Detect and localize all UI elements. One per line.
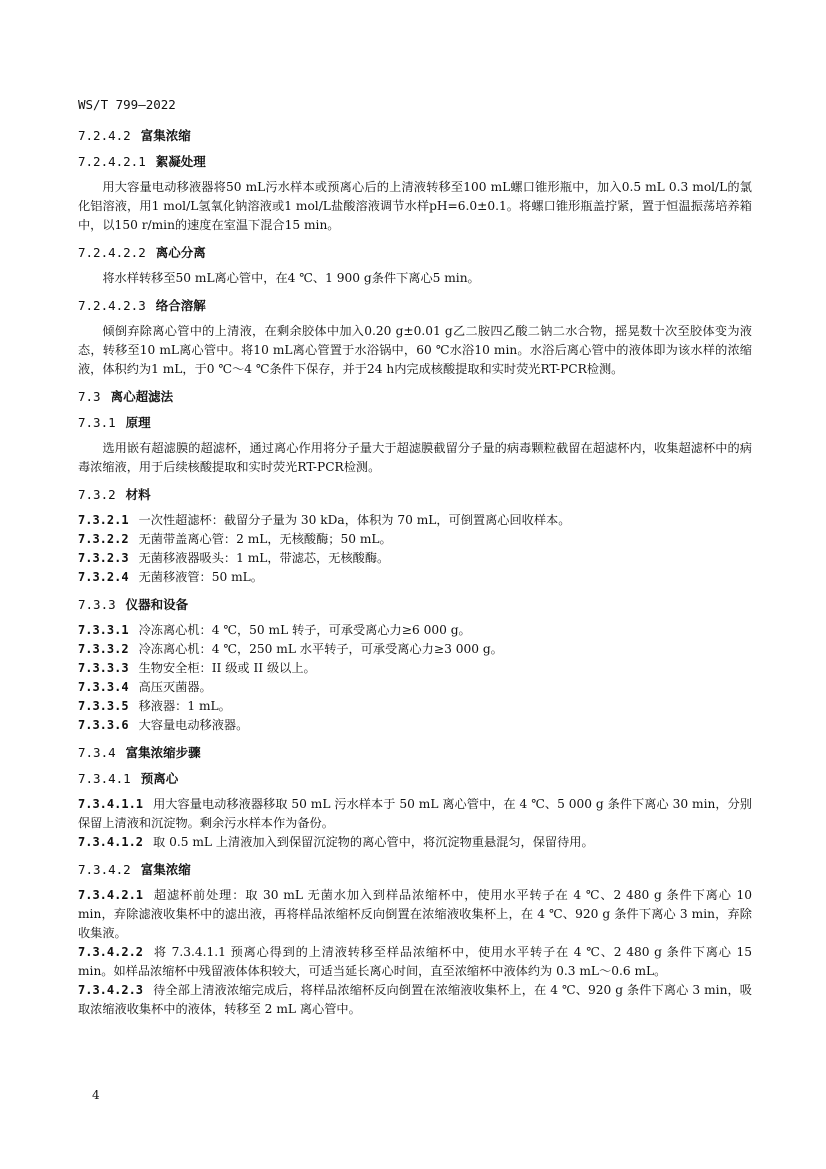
- section-heading: 7.3离心超滤法: [78, 387, 752, 406]
- list-item: 7.3.3.6大容量电动移液器。: [78, 716, 752, 735]
- list-item: 7.3.2.1一次性超滤杯：截留分子量为 30 kDa，体积为 70 mL，可倒…: [78, 511, 752, 530]
- list-item: 7.3.2.4无菌移液管：50 mL。: [78, 568, 752, 587]
- concentration-steps: 7.3.4.2.1超滤杯前处理：取 30 mL 无菌水加入到样品浓缩杯中，使用水…: [78, 886, 752, 1019]
- section-heading: 7.3.4.1预离心: [78, 769, 752, 788]
- section-heading: 7.3.1原理: [78, 413, 752, 432]
- materials-list: 7.3.2.1一次性超滤杯：截留分子量为 30 kDa，体积为 70 mL，可倒…: [78, 511, 752, 587]
- pre-centrifuge-steps: 7.3.4.1.1用大容量电动移液器移取 50 mL 污水样本于 50 mL 离…: [78, 795, 752, 852]
- section-heading: 7.3.2材料: [78, 485, 752, 504]
- section-heading: 7.2.4.2.2离心分离: [78, 243, 752, 262]
- document-body: 7.2.4.2富集浓缩 7.2.4.2.1絮凝处理 用大容量电动移液器将50 m…: [78, 126, 752, 1019]
- section-heading: 7.2.4.2.3络合溶解: [78, 296, 752, 315]
- section-heading: 7.3.3仪器和设备: [78, 595, 752, 614]
- list-item: 7.3.2.3无菌移液器吸头：1 mL，带滤芯，无核酸酶。: [78, 549, 752, 568]
- list-item: 7.3.3.1冷冻离心机：4 ℃，50 mL 转子，可承受离心力≥6 000 g…: [78, 621, 752, 640]
- list-item: 7.3.2.2无菌带盖离心管：2 mL，无核酸酶；50 mL。: [78, 530, 752, 549]
- document-page: WS/T 799—2022 7.2.4.2富集浓缩 7.2.4.2.1絮凝处理 …: [0, 0, 826, 1169]
- list-item: 7.3.4.2.3待全部上清液浓缩完成后，将样品浓缩杯反向倒置在浓缩液收集杯上，…: [78, 981, 752, 1019]
- list-item: 7.3.3.3生物安全柜：II 级或 II 级以上。: [78, 659, 752, 678]
- paragraph: 用大容量电动移液器将50 mL污水样本或预离心后的上清液转移至100 mL螺口锥…: [78, 178, 752, 235]
- page-number: 4: [92, 1088, 100, 1102]
- equipment-list: 7.3.3.1冷冻离心机：4 ℃，50 mL 转子，可承受离心力≥6 000 g…: [78, 621, 752, 735]
- section-heading: 7.3.4.2富集浓缩: [78, 860, 752, 879]
- standard-code: WS/T 799—2022: [78, 97, 176, 112]
- section-heading: 7.3.4富集浓缩步骤: [78, 743, 752, 762]
- section-heading: 7.2.4.2.1絮凝处理: [78, 152, 752, 171]
- list-item: 7.3.4.1.2取 0.5 mL 上清液加入到保留沉淀物的离心管中，将沉淀物重…: [78, 833, 752, 852]
- section-heading: 7.2.4.2富集浓缩: [78, 126, 752, 145]
- list-item: 7.3.3.4高压灭菌器。: [78, 678, 752, 697]
- list-item: 7.3.3.2冷冻离心机：4 ℃，250 mL 水平转子，可承受离心力≥3 00…: [78, 640, 752, 659]
- list-item: 7.3.3.5移液器：1 mL。: [78, 697, 752, 716]
- paragraph: 选用嵌有超滤膜的超滤杯，通过离心作用将分子量大于超滤膜截留分子量的病毒颗粒截留在…: [78, 439, 752, 477]
- paragraph: 倾倒弃除离心管中的上清液，在剩余胶体中加入0.20 g±0.01 g乙二胺四乙酸…: [78, 322, 752, 379]
- list-item: 7.3.4.1.1用大容量电动移液器移取 50 mL 污水样本于 50 mL 离…: [78, 795, 752, 833]
- list-item: 7.3.4.2.2将 7.3.4.1.1 预离心得到的上清液转移至样品浓缩杯中，…: [78, 943, 752, 981]
- paragraph: 将水样转移至50 mL离心管中，在4 ℃、1 900 g条件下离心5 min。: [78, 269, 752, 288]
- list-item: 7.3.4.2.1超滤杯前处理：取 30 mL 无菌水加入到样品浓缩杯中，使用水…: [78, 886, 752, 943]
